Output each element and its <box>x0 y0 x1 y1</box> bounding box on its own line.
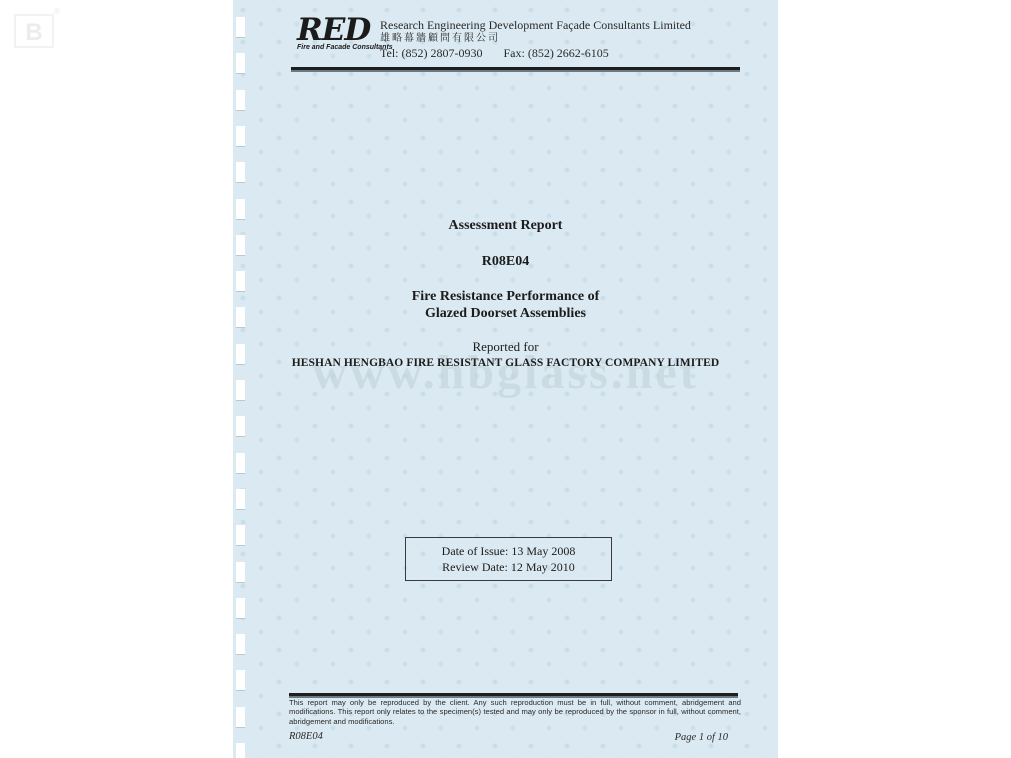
contact-line: Tel: (852) 2807-0930 Fax: (852) 2662-610… <box>380 46 691 60</box>
binding-hole <box>236 416 245 437</box>
company-name: Research Engineering Development Façade … <box>380 18 691 32</box>
binding-hole <box>236 235 245 256</box>
binding-hole <box>236 53 245 74</box>
disclaimer-text: This report may only be reproduced by th… <box>289 698 741 726</box>
binding-hole <box>236 453 245 474</box>
company-name-chinese: 雄略幕牆顧問有限公司 <box>380 32 691 46</box>
report-code: R08E04 <box>233 254 778 270</box>
logo-text: RED <box>297 14 377 46</box>
binding-hole <box>236 598 245 619</box>
date-box: Date of Issue: 13 May 2008 Review Date: … <box>405 537 612 581</box>
binding-hole <box>236 634 245 655</box>
binding-hole <box>236 743 245 758</box>
binding-hole <box>236 162 245 183</box>
binding-hole <box>236 525 245 546</box>
client-name: HESHAN HENGBAO FIRE RESISTANT GLASS FACT… <box>233 357 778 369</box>
red-logo: RED Fire and Facade Consultants <box>297 14 377 51</box>
date-of-issue: Date of Issue: 13 May 2008 <box>406 543 611 559</box>
binding-hole <box>236 271 245 292</box>
binding-hole <box>236 489 245 510</box>
binding-hole <box>236 126 245 147</box>
footer-rule <box>289 693 738 696</box>
binding-hole <box>236 670 245 691</box>
subtitle-line-1: Fire Resistance Performance of <box>233 288 778 305</box>
review-date: Review Date: 12 May 2010 <box>406 559 611 575</box>
report-title: Assessment Report <box>233 218 778 234</box>
binding-hole <box>236 17 245 38</box>
brand-logo-watermark: B ® <box>14 14 54 48</box>
binding-hole <box>236 707 245 728</box>
document-page: RED Fire and Facade Consultants Research… <box>233 0 778 758</box>
binding-hole <box>236 562 245 583</box>
binding-hole <box>236 380 245 401</box>
brand-logo-letter: B <box>25 19 42 46</box>
reported-for-label: Reported for <box>233 339 778 355</box>
binding-hole <box>236 90 245 111</box>
page-number: Page 1 of 10 <box>675 732 728 743</box>
fax: Fax: (852) 2662-6105 <box>503 46 608 60</box>
footer-report-code: R08E04 <box>289 731 323 742</box>
report-subtitle: Fire Resistance Performance of Glazed Do… <box>233 288 778 322</box>
header-rule <box>291 67 740 70</box>
binding-hole <box>236 199 245 220</box>
logo-subtitle: Fire and Facade Consultants <box>297 44 377 51</box>
telephone: Tel: (852) 2807-0930 <box>380 46 482 60</box>
subtitle-line-2: Glazed Doorset Assemblies <box>233 305 778 322</box>
company-info: Research Engineering Development Façade … <box>380 18 691 60</box>
binding-hole <box>236 344 245 365</box>
registered-mark: ® <box>54 8 60 16</box>
binding-hole <box>236 307 245 328</box>
